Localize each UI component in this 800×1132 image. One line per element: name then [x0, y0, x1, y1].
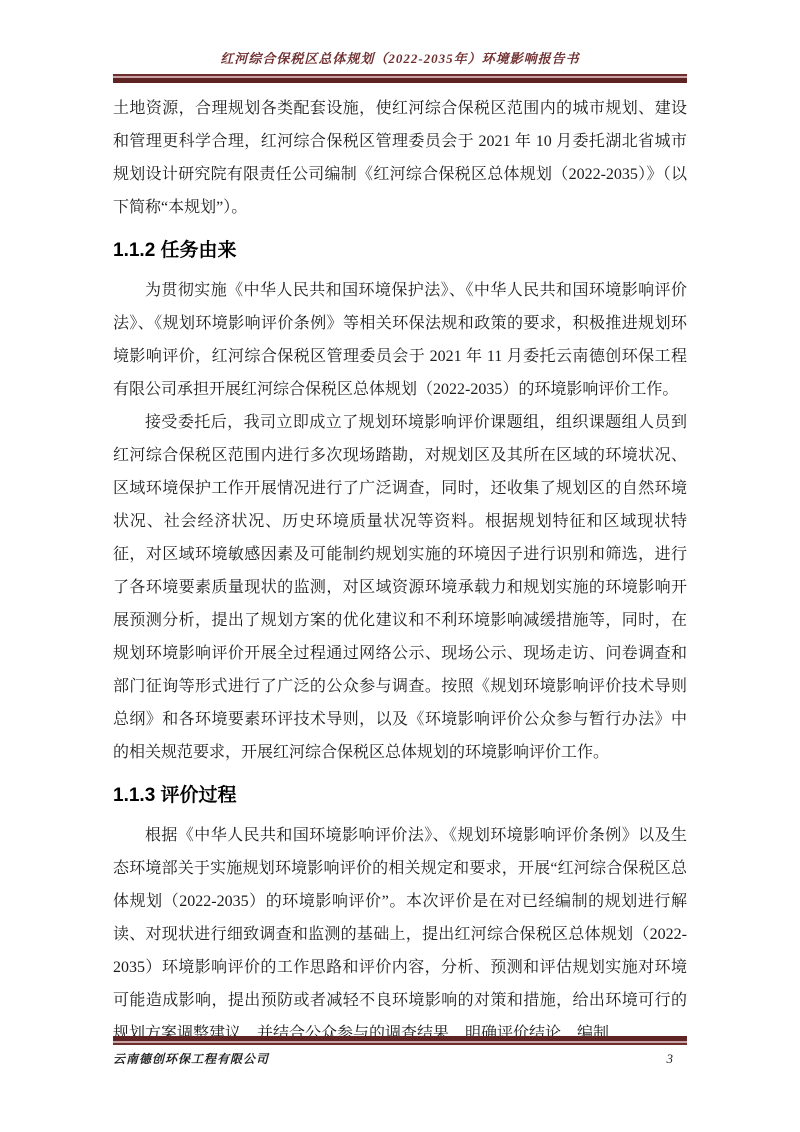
page-header: 红河综合保税区总体规划（2022-2035年）环境影响报告书 — [113, 0, 687, 83]
document-body: 土地资源，合理规划各类配套设施，使红河综合保税区范围内的城市规划、建设和管理更科… — [113, 92, 687, 1050]
page-footer: 云南德创环保工程有限公司 3 — [113, 1036, 687, 1067]
section-heading-1-1-2: 1.1.2 任务由来 — [113, 237, 687, 265]
footer-rule — [113, 1036, 687, 1045]
document-page: 红河综合保税区总体规划（2022-2035年）环境影响报告书 土地资源，合理规划… — [0, 0, 800, 1132]
footer-row: 云南德创环保工程有限公司 3 — [113, 1050, 687, 1067]
section-1-1-3-paragraph-1: 根据《中华人民共和国环境影响评价法》、《规划环境影响评价条例》以及生态环境部关于… — [113, 819, 687, 1050]
running-head-title: 红河综合保税区总体规划（2022-2035年）环境影响报告书 — [113, 0, 687, 67]
footer-company-name: 云南德创环保工程有限公司 — [113, 1050, 269, 1067]
header-rule — [113, 74, 687, 83]
continuation-paragraph: 土地资源，合理规划各类配套设施，使红河综合保税区范围内的城市规划、建设和管理更科… — [113, 92, 687, 224]
section-1-1-2-paragraph-2: 接受委托后，我司立即成立了规划环境影响评价课题组，组织课题组人员到红河综合保税区… — [113, 406, 687, 769]
section-heading-1-1-3: 1.1.3 评价过程 — [113, 782, 687, 810]
page-number: 3 — [667, 1051, 688, 1067]
section-1-1-2-paragraph-1: 为贯彻实施《中华人民共和国环境保护法》、《中华人民共和国环境影响评价法》、《规划… — [113, 274, 687, 406]
